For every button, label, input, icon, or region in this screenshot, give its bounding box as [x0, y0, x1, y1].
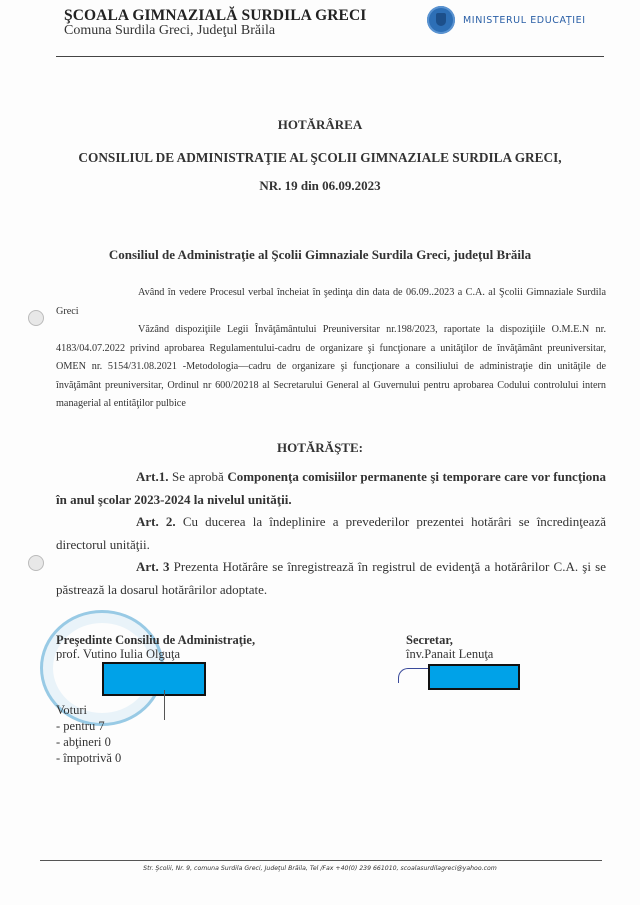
president-signature-block: Preşedinte Consiliu de Administraţie, pr…: [56, 633, 255, 661]
punch-hole-icon: [28, 310, 44, 326]
article-3: Art. 3 Prezenta Hotărâre se înregistreaz…: [56, 556, 606, 601]
signature-scribble-icon: [398, 668, 429, 683]
redacted-signature: [102, 662, 206, 696]
decision-heading: HOTĂRĂŞTE:: [0, 440, 640, 456]
decision-number: NR. 19 din 06.09.2023: [0, 178, 640, 194]
votes-block: Voturi - pentru 7 - abţineri 0 - împotri…: [56, 702, 121, 766]
preamble-paragraph-2: Văzând dispoziţiile Legii Învăţământului…: [56, 321, 606, 414]
redacted-signature: [428, 664, 520, 690]
document-title: HOTĂRÂREA: [0, 117, 640, 133]
votes-label: Voturi: [56, 702, 121, 718]
article-1: Art.1. Se aprobă Componenţa comisiilor p…: [56, 466, 606, 511]
president-title: Preşedinte Consiliu de Administraţie,: [56, 633, 255, 647]
romanian-coat-of-arms-icon: [427, 6, 455, 34]
council-title: CONSILIUL DE ADMINISTRAŢIE AL ŞCOLII GIM…: [0, 150, 640, 166]
secretary-title: Secretar,: [406, 633, 493, 647]
secretary-name: înv.Panait Lenuţa: [406, 647, 493, 661]
vote-abstain: - abţineri 0: [56, 734, 121, 750]
secretary-signature-block: Secretar, înv.Panait Lenuţa: [406, 633, 493, 661]
footer-contact: Str. Şcolii, Nr. 9, comuna Surdila Greci…: [0, 865, 640, 872]
preamble-paragraph-1: Având în vedere Procesul verbal încheiat…: [56, 284, 606, 321]
ministry-logo: MINISTERUL EDUCAŢIEI: [427, 6, 586, 34]
signature-stroke: [164, 690, 165, 720]
school-location: Comuna Surdila Greci, Judeţul Brăila: [64, 23, 275, 39]
vote-for: - pentru 7: [56, 718, 121, 734]
punch-hole-icon: [28, 555, 44, 571]
header-divider: [56, 56, 604, 57]
preamble: Având în vedere Procesul verbal încheiat…: [56, 284, 606, 414]
article-2: Art. 2. Cu ducerea la îndeplinire a prev…: [56, 511, 606, 556]
vote-against: - împotrivă 0: [56, 750, 121, 766]
ministry-label: MINISTERUL EDUCAŢIEI: [463, 15, 586, 26]
council-heading: Consiliul de Administraţie al Şcolii Gim…: [0, 247, 640, 263]
articles: Art.1. Se aprobă Componenţa comisiilor p…: [56, 466, 606, 601]
president-name: prof. Vutino Iulia Olguţa: [56, 647, 255, 661]
footer-divider: [40, 860, 602, 861]
